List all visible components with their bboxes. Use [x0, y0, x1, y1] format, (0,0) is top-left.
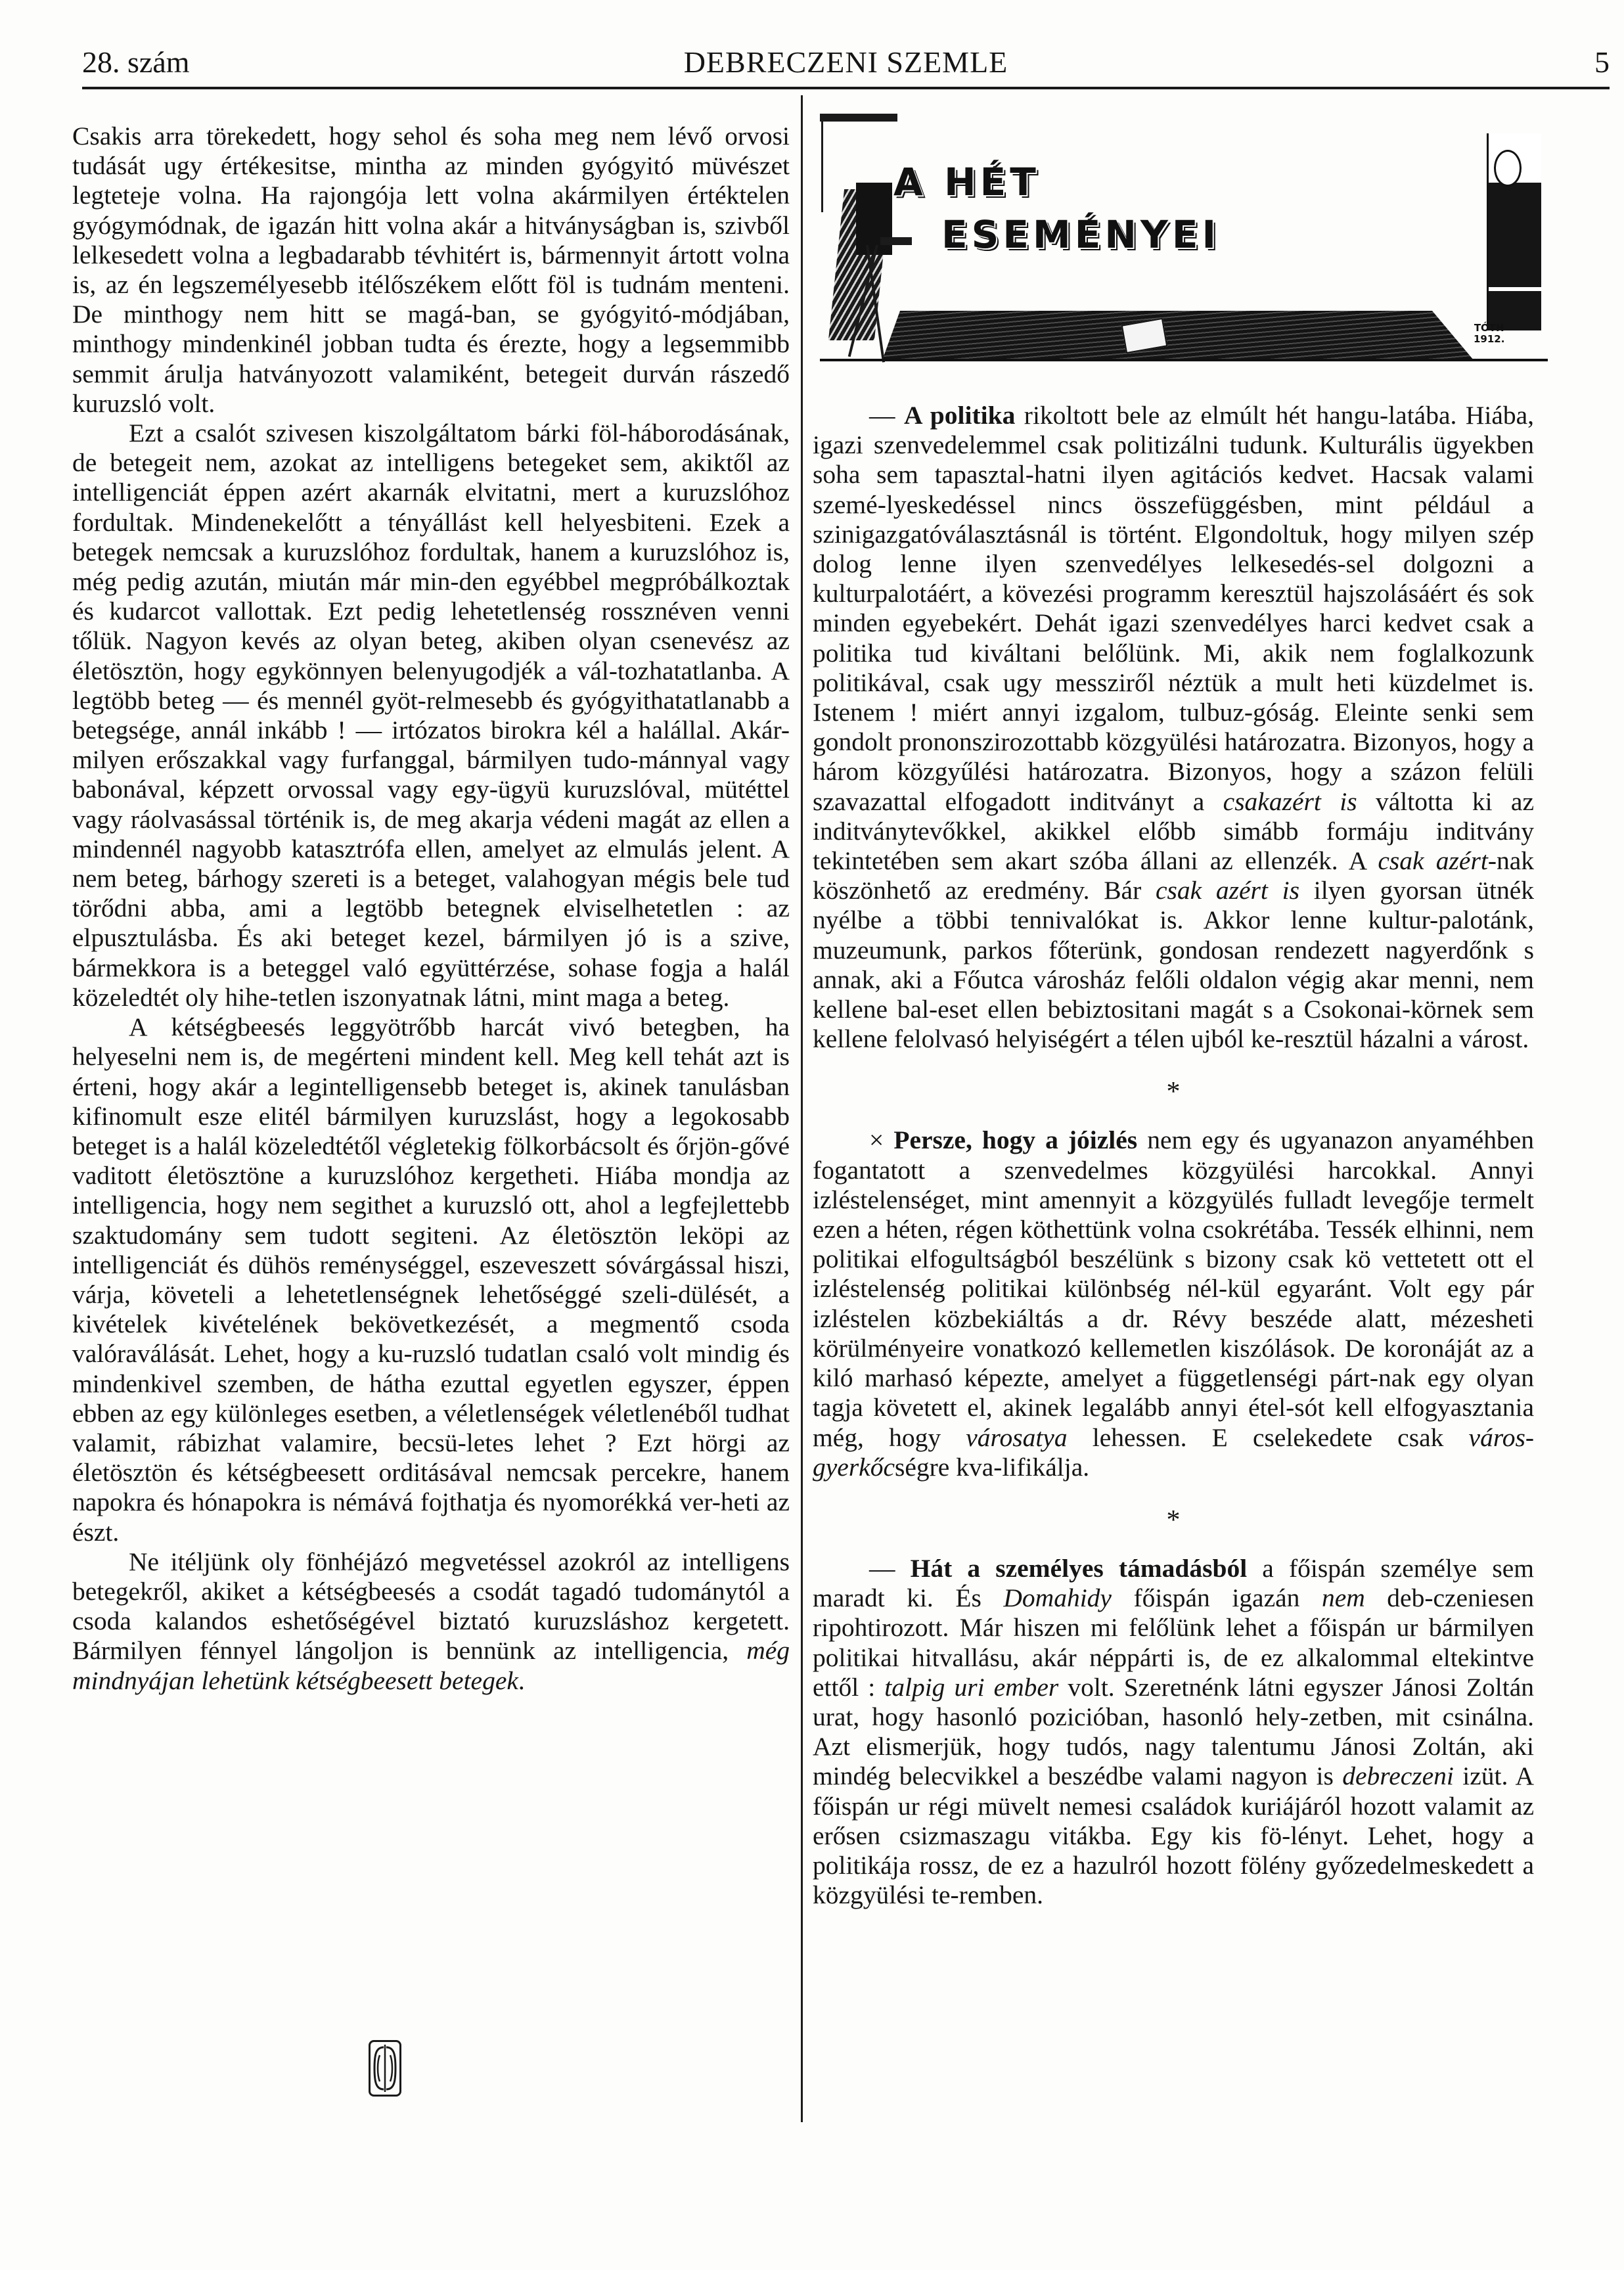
italic-run: debreczeni [1342, 1761, 1454, 1790]
news-item-politics: — A politika rikoltott bele az elmúlt hé… [813, 401, 1534, 1054]
italic-run: nem [1322, 1583, 1365, 1612]
frame-line [821, 120, 823, 212]
text-run: rikoltott bele az elmúlt hét hangu-latáb… [813, 401, 1534, 816]
column-divider [801, 95, 803, 2122]
masthead-title: DEBRECZENI SZEMLE [82, 39, 1610, 85]
artist-signature: TÓTH 1912. [1474, 323, 1504, 345]
italic-run: talpig uri ember [884, 1673, 1058, 1702]
text-run: lehessen. E cselekedete csak [1068, 1423, 1469, 1452]
signature-name: TÓTH [1474, 323, 1504, 334]
italic-run: csakazért is [1223, 787, 1357, 816]
paragraph-text: Ezt a csalót szivesen kiszolgáltatom bár… [72, 419, 790, 1012]
camera-lens-icon [880, 237, 912, 245]
news-item-good-taste: × Persze, hogy a jóizlés nem egy és ugya… [813, 1125, 1534, 1482]
illustration-title-line1: A HÉT [893, 160, 1040, 204]
left-column-article: Csakis arra törekedett, hogy sehol és so… [72, 122, 790, 1696]
dash-prefix: — [869, 401, 904, 430]
news-item-personal-attack: — Hát a személyes támadásból a főispán s… [813, 1554, 1534, 1910]
italic-run: csak azért is [1156, 876, 1299, 905]
dash-prefix: — [869, 1554, 911, 1583]
figure-head-icon [1494, 150, 1522, 187]
text-run: nem egy és ugyanazon anyaméhben fogantat… [813, 1125, 1534, 1451]
cross-prefix: × [869, 1125, 893, 1154]
header-rule [82, 87, 1610, 89]
page-number: 5 [1594, 39, 1610, 85]
illustration-baseline [820, 359, 1548, 361]
news-item-heading: A politika [904, 401, 1015, 430]
table-drawing [882, 311, 1474, 360]
paragraph-text: Csakis arra törekedett, hogy sehol és so… [72, 122, 790, 418]
section-separator: * [813, 1506, 1534, 1535]
paragraph: Ezt a csalót szivesen kiszolgáltatom bár… [72, 419, 790, 1012]
text-run: főispán igazán [1112, 1583, 1322, 1612]
italic-run: városatya [966, 1423, 1067, 1452]
news-item-heading: Persze, hogy a jóizlés [893, 1125, 1137, 1154]
italic-run: csak azért [1378, 846, 1487, 875]
paragraph-text: Ne itéljünk oly fönhéjázó megvetéssel az… [72, 1547, 790, 1666]
monogram-glyph-icon [371, 2042, 399, 2095]
punctuation: . [518, 1666, 525, 1695]
paragraph: Ne itéljünk oly fönhéjázó megvetéssel az… [72, 1547, 790, 1696]
right-column-news: — A politika rikoltott bele az elmúlt hé… [813, 401, 1534, 1910]
illustration-title-line2: ESEMÉNYEI [941, 212, 1220, 257]
signature-year: 1912. [1474, 334, 1504, 345]
section-separator: * [813, 1078, 1534, 1107]
monogram-ornament-icon [369, 2040, 401, 2097]
paragraph-text: A kétségbeesés leggyötrőbb harcát vivó b… [72, 1012, 790, 1546]
news-item-heading: Hát a személyes támadásból [911, 1554, 1248, 1583]
newspaper-page: 28. szám DEBRECZENI SZEMLE 5 Csakis arra… [0, 0, 1624, 2270]
italic-run: Domahidy [1003, 1583, 1112, 1612]
frame-bar [820, 114, 897, 122]
paragraph: A kétségbeesés leggyötrőbb harcát vivó b… [72, 1012, 790, 1547]
weekly-events-illustration: A HÉT ESEMÉNYEI TÓTH 1912. [820, 114, 1548, 368]
paragraph: Csakis arra törekedett, hogy sehol és so… [72, 122, 790, 419]
running-header: 28. szám DEBRECZENI SZEMLE 5 [82, 39, 1610, 85]
text-run: ségre kva-lifikálja. [895, 1453, 1089, 1482]
